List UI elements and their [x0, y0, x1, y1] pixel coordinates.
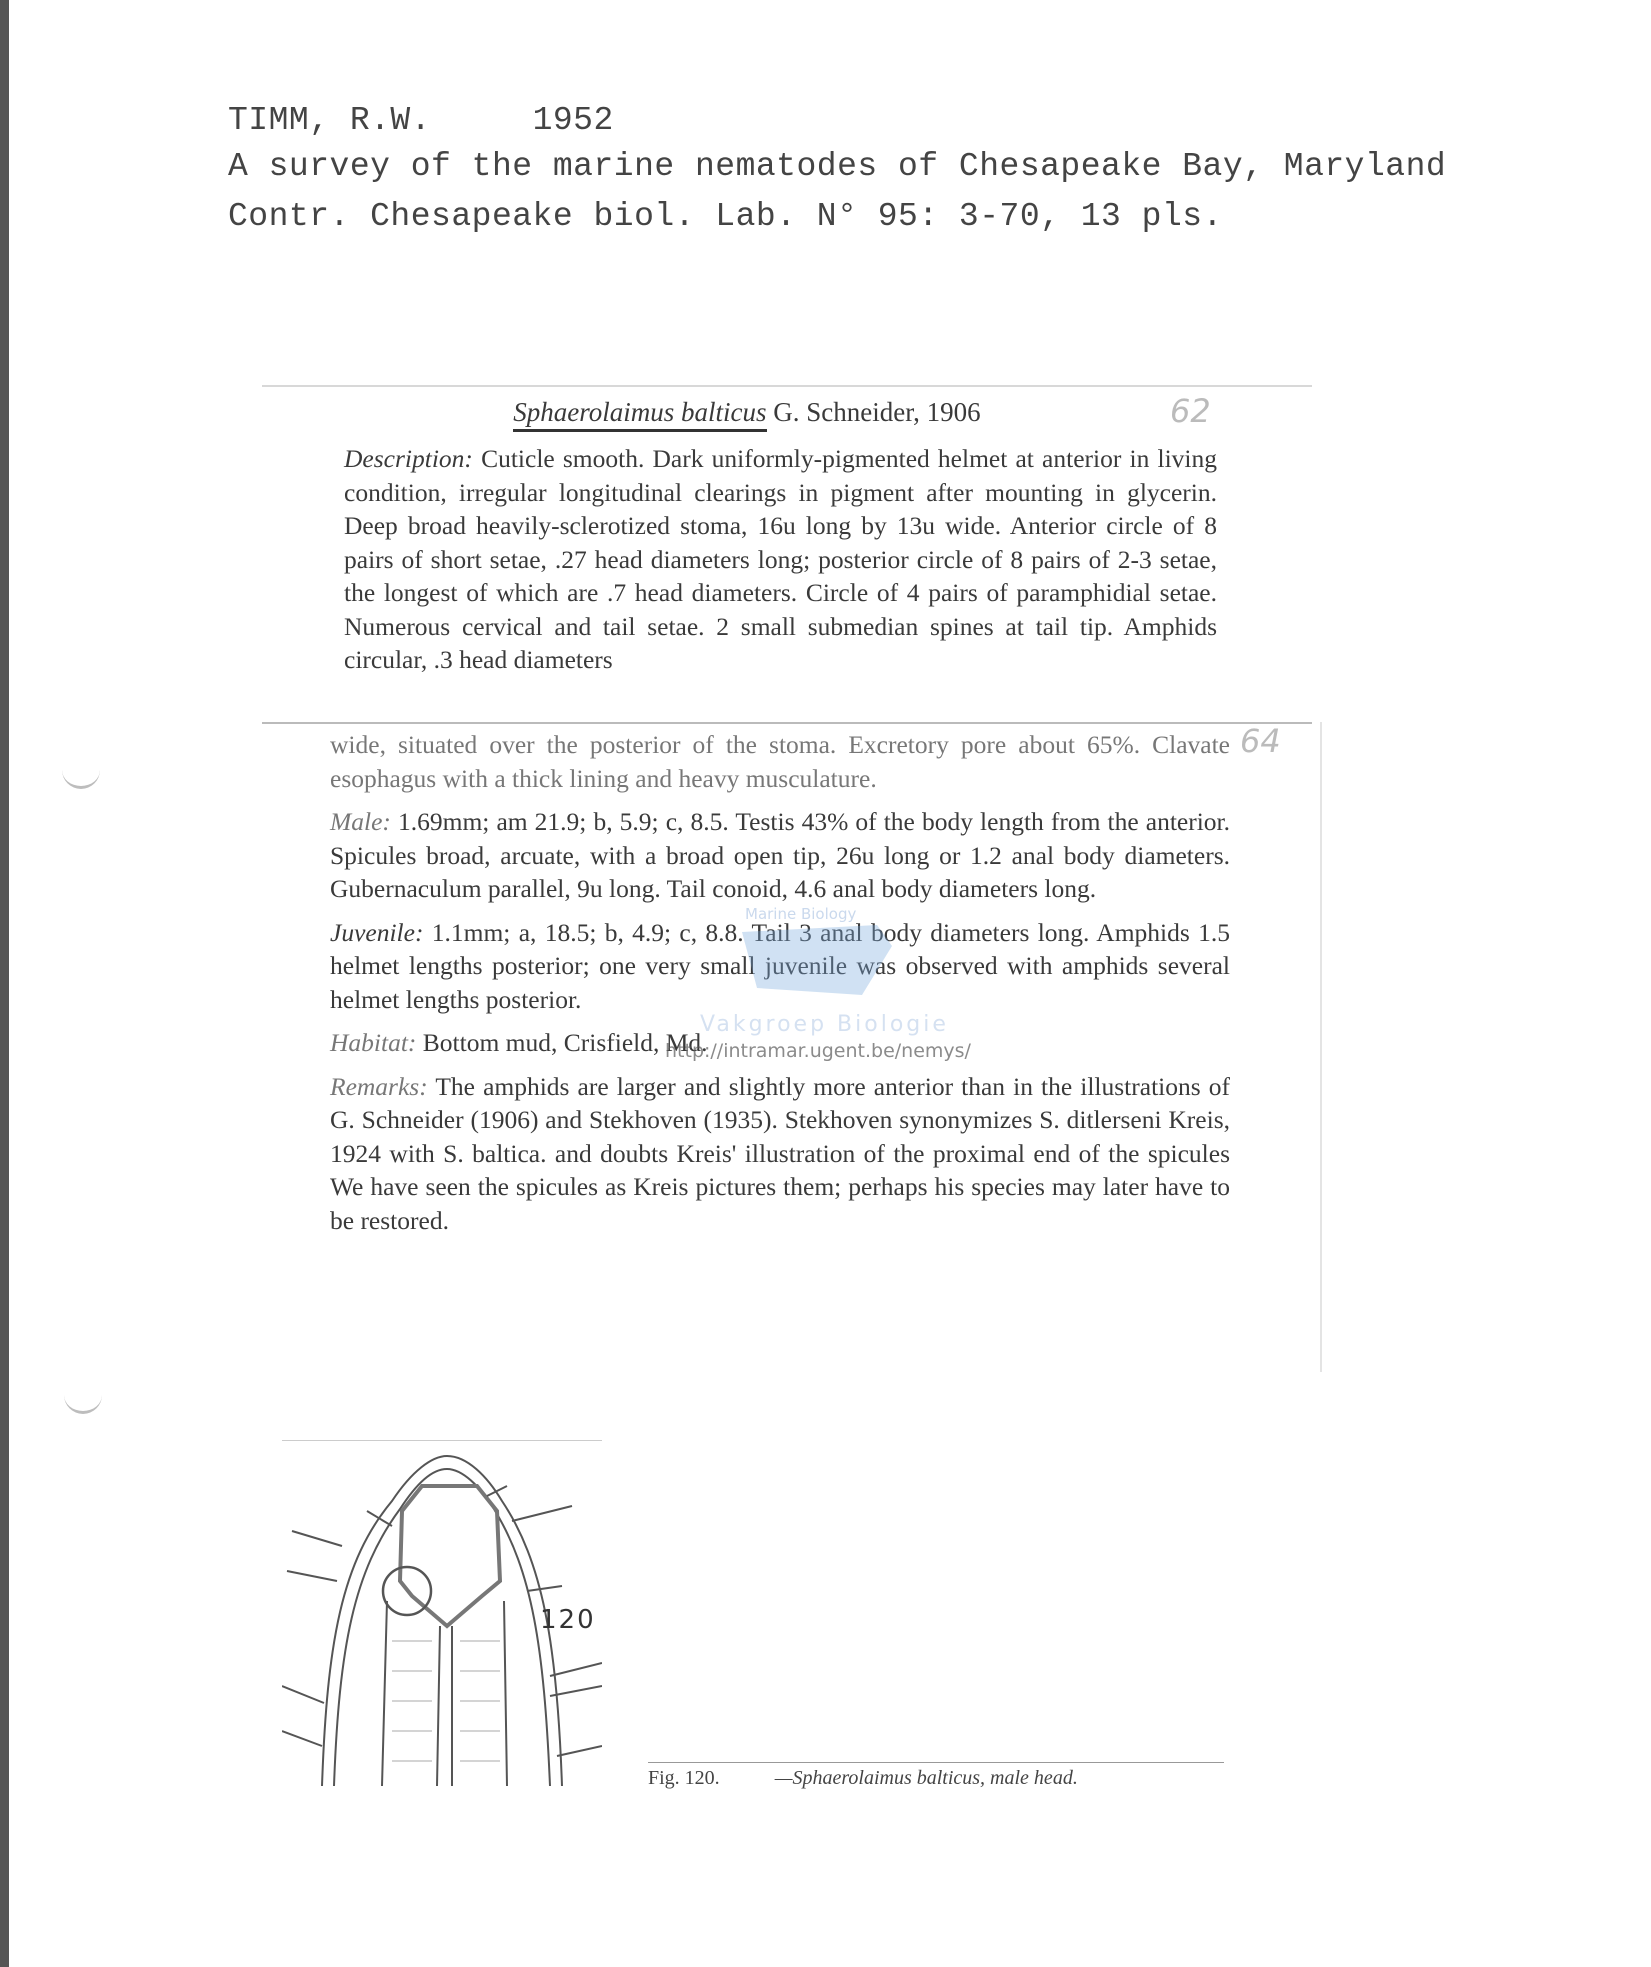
caption-text: —Sphaerolaimus balticus, male head. [775, 1767, 1078, 1789]
species-authority: G. Schneider, 1906 [773, 397, 980, 427]
figure-caption: Fig. 120. —Sphaerolaimus balticus, male … [648, 1762, 1224, 1790]
scan-edge [0, 0, 9, 1967]
species-heading: Sphaerolaimus balticus G. Schneider, 190… [262, 397, 1232, 428]
clipping-description: Sphaerolaimus balticus G. Schneider, 190… [262, 385, 1312, 724]
reference-author-line: TIMM, R.W. 1952 [228, 102, 614, 139]
male-label: Male: [330, 807, 391, 836]
species-name: Sphaerolaimus balticus [513, 397, 766, 432]
remarks-text: The amphids are larger and slightly more… [330, 1072, 1230, 1235]
reference-title: A survey of the marine nematodes of Ches… [228, 148, 1446, 185]
punch-hole-mark [62, 770, 100, 789]
clipping-details: wide, situated over the posterior of the… [300, 722, 1322, 1372]
habitat-text: Bottom mud, Crisfield, Md. [423, 1028, 708, 1057]
figure-number-label: 120 [540, 1605, 596, 1635]
reference-year: 1952 [533, 102, 614, 139]
caption-prefix: Fig. 120. [648, 1767, 720, 1789]
habitat-label: Habitat: [330, 1028, 416, 1057]
punch-hole-mark [64, 1395, 102, 1414]
male-text: 1.69mm; am 21.9; b, 5.9; c, 8.5. Testis … [330, 807, 1230, 903]
remarks-label: Remarks: [330, 1072, 428, 1101]
description-paragraph: Description: Cuticle smooth. Dark unifor… [262, 442, 1312, 677]
handwritten-page-number: 62 [1170, 392, 1211, 430]
description-text: Cuticle smooth. Dark uniformly-pigmented… [344, 444, 1217, 674]
reference-citation: Contr. Chesapeake biol. Lab. N° 95: 3-70… [228, 198, 1223, 235]
male-paragraph: Male: 1.69mm; am 21.9; b, 5.9; c, 8.5. T… [300, 805, 1320, 906]
reference-author: TIMM, R.W. [228, 102, 431, 139]
description-label: Description: [344, 444, 473, 473]
habitat-paragraph: Habitat: Bottom mud, Crisfield, Md. [300, 1026, 1320, 1060]
juvenile-label: Juvenile: [330, 918, 423, 947]
description-continued: wide, situated over the posterior of the… [300, 728, 1320, 795]
remarks-paragraph: Remarks: The amphids are larger and slig… [300, 1070, 1320, 1238]
